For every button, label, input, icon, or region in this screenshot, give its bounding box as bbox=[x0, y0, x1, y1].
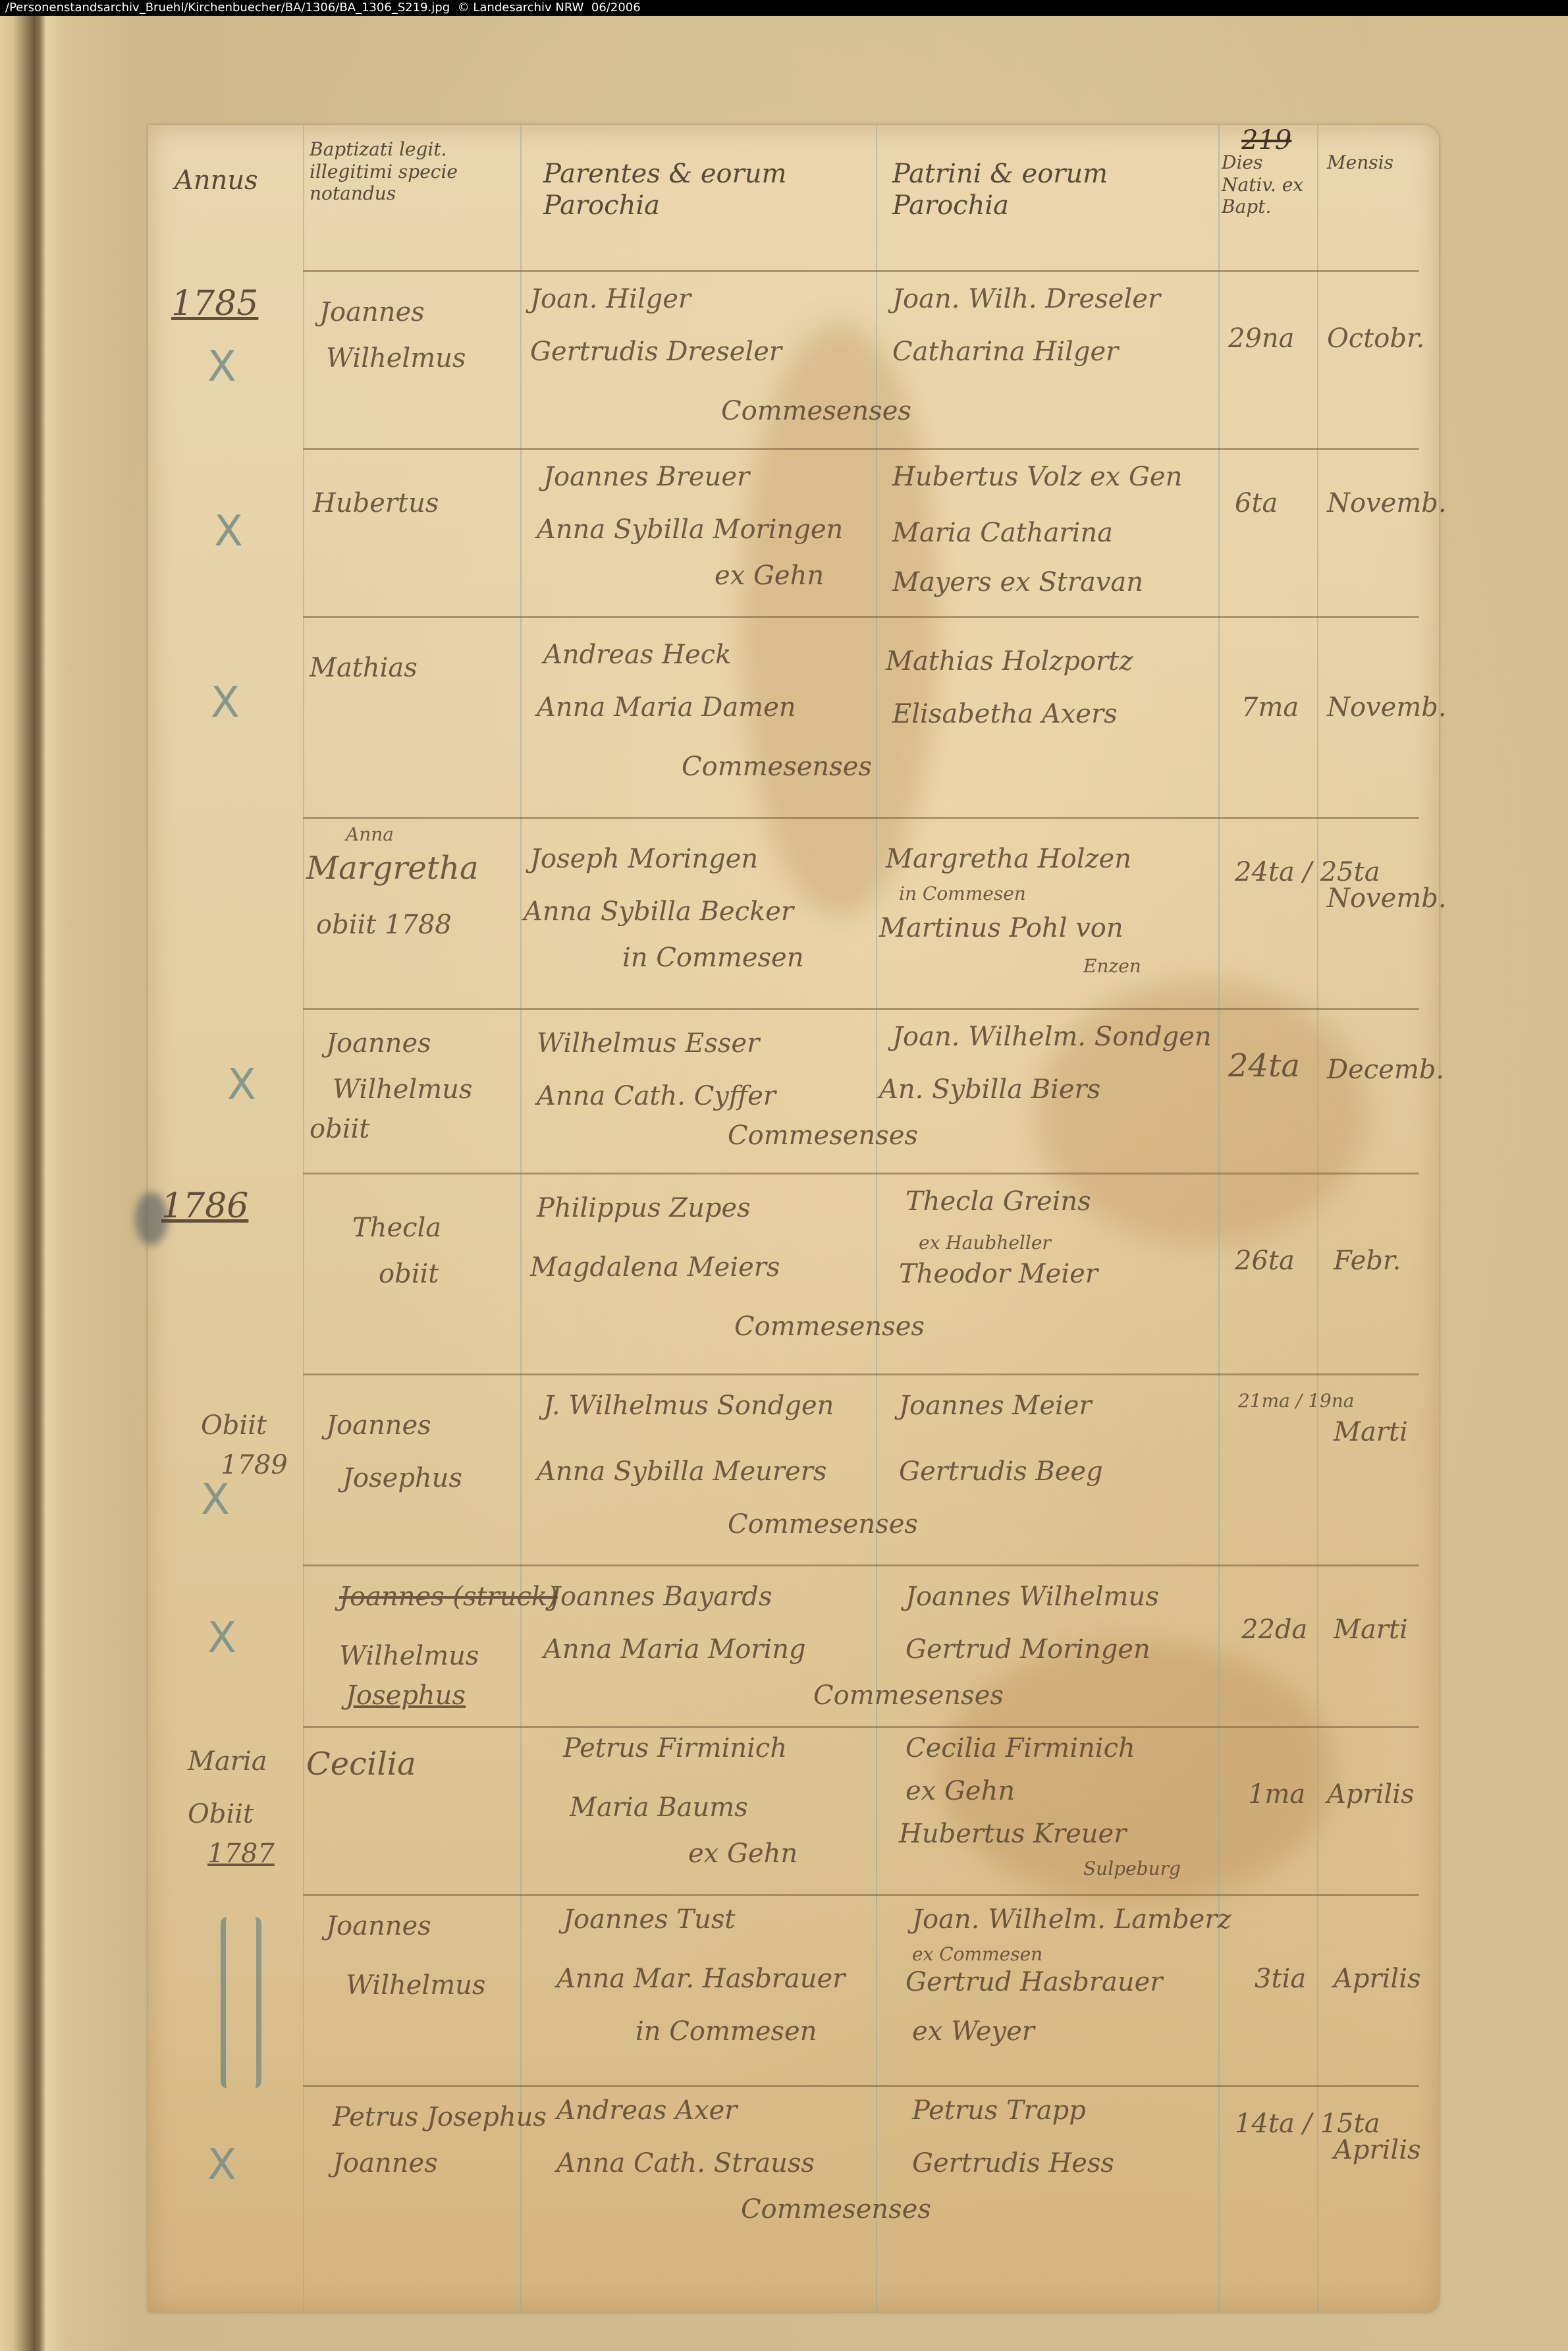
column-header-annus: Annus bbox=[175, 165, 258, 196]
parent-name: Anna Sybilla Becker bbox=[524, 896, 794, 927]
parish-name: in Commesen bbox=[899, 883, 1026, 905]
parent-name: Petrus Firminich bbox=[563, 1732, 787, 1764]
parent-name: Philippus Zupes bbox=[537, 1192, 751, 1224]
column-header-mensis: Mensis bbox=[1327, 152, 1393, 174]
child-name: Joannes bbox=[326, 1028, 431, 1059]
godparent-name: An. Sybilla Biers bbox=[879, 1074, 1100, 1105]
side-note: Maria bbox=[188, 1746, 267, 1777]
row-rule bbox=[303, 1173, 1419, 1175]
parish-name: ex Haubheller bbox=[919, 1232, 1051, 1254]
death-note: Obiit bbox=[188, 1798, 254, 1830]
parent-name: Anna Sybilla Moringen bbox=[537, 514, 843, 545]
row-rule bbox=[303, 817, 1419, 819]
parish-name: ex Weyer bbox=[912, 2016, 1035, 2047]
parish-name: Commesenses bbox=[721, 395, 911, 427]
parish-name: Commesenses bbox=[682, 751, 872, 783]
day-value: 26ta bbox=[1235, 1245, 1295, 1277]
death-year: 1787 bbox=[207, 1838, 275, 1869]
godparent-name: Catharina Hilger bbox=[892, 336, 1118, 368]
parish-name: Commesenses bbox=[813, 1680, 1004, 1711]
day-value: 1ma bbox=[1248, 1779, 1305, 1810]
godparent-name: Joan. Wilh. Dreseler bbox=[892, 283, 1160, 315]
parish-name: in Commesen bbox=[622, 942, 803, 974]
godparent-name: Joan. Wilhelm. Sondgen bbox=[892, 1021, 1212, 1053]
parent-name: Joannes Tust bbox=[563, 1904, 735, 1935]
child-name: Joannes bbox=[333, 2147, 438, 2179]
child-name: Joannes bbox=[319, 296, 425, 328]
column-header-dies: Dies Nativ. ex Bapt. bbox=[1222, 152, 1320, 218]
month-value: Febr. bbox=[1334, 1245, 1401, 1277]
parish-name: Commesenses bbox=[734, 1311, 925, 1342]
death-year: 1789 bbox=[221, 1449, 288, 1481]
parent-name: Joannes Breuer bbox=[543, 461, 749, 493]
day-value: 22da bbox=[1241, 1614, 1307, 1646]
cross-mark: X bbox=[207, 343, 236, 391]
godparent-name: Elisabetha Axers bbox=[892, 698, 1118, 730]
parent-name: Andreas Axer bbox=[556, 2095, 737, 2126]
cross-mark: X bbox=[207, 2141, 236, 2190]
day-value: 21ma / 19na bbox=[1238, 1390, 1354, 1412]
child-name: Petrus Josephus bbox=[333, 2101, 547, 2133]
godparent-name: Martinus Pohl von bbox=[879, 912, 1123, 944]
month-value: Novemb. bbox=[1327, 487, 1447, 519]
parent-name: Maria Baums bbox=[570, 1792, 748, 1823]
godparent-name: Margretha Holzen bbox=[886, 843, 1131, 875]
parish-name: ex Gehn bbox=[688, 1838, 798, 1869]
parent-name: Joannes Bayards bbox=[550, 1581, 772, 1613]
godparent-name: Joannes Wilhelmus bbox=[906, 1581, 1159, 1613]
cross-mark: X bbox=[211, 678, 240, 727]
copyright-notice: © Landesarchiv NRW 06/2006 bbox=[458, 1, 641, 14]
godparent-name: Hubertus Kreuer bbox=[899, 1818, 1126, 1850]
parent-name: Joan. Hilger bbox=[530, 283, 691, 315]
parent-name: Gertrudis Dreseler bbox=[530, 336, 782, 368]
godparent-name: Gertrudis Beeg bbox=[899, 1456, 1103, 1487]
godparent-name: Cecilia Firminich bbox=[906, 1732, 1135, 1764]
month-value: Aprilis bbox=[1327, 1779, 1415, 1810]
day-value: 6ta bbox=[1235, 487, 1278, 519]
godparent-name: Thecla Greins bbox=[906, 1186, 1091, 1217]
godparent-name: Mathias Holzportz bbox=[886, 646, 1133, 677]
row-rule bbox=[303, 2085, 1419, 2087]
cross-mark: X bbox=[207, 1614, 236, 1663]
day-value: 29na bbox=[1228, 323, 1295, 354]
child-name: Thecla bbox=[352, 1212, 441, 1244]
death-note: obiit 1788 bbox=[316, 909, 452, 941]
parish-name: ex Gehn bbox=[715, 560, 824, 592]
month-value: Octobr. bbox=[1327, 323, 1424, 354]
parent-name: Anna Cath. Cyffer bbox=[537, 1080, 776, 1112]
column-header-parentes: Parentes & eorum Parochia bbox=[543, 158, 859, 221]
parish-name: Commesenses bbox=[728, 1508, 918, 1540]
godparent-name: Gertrud Moringen bbox=[906, 1634, 1150, 1665]
pencil-mark bbox=[221, 1917, 261, 2088]
struck-child-name: Joannes (struck) bbox=[339, 1581, 558, 1613]
row-rule bbox=[303, 270, 1419, 272]
row-rule bbox=[303, 1894, 1419, 1896]
column-rule bbox=[303, 125, 304, 2312]
death-note: obiit bbox=[379, 1258, 439, 1290]
month-value: Decemb. bbox=[1327, 1054, 1444, 1086]
month-value: Marti bbox=[1334, 1614, 1408, 1646]
column-rule bbox=[876, 125, 877, 2312]
row-rule bbox=[303, 1726, 1419, 1728]
godparent-name: Mayers ex Stravan bbox=[892, 567, 1143, 598]
godparent-name: Theodor Meier bbox=[899, 1258, 1098, 1290]
parish-name: Sulpeburg bbox=[1083, 1858, 1181, 1880]
godparent-name: Joan. Wilhelm. Lamberz bbox=[912, 1904, 1231, 1935]
month-value: Marti bbox=[1334, 1416, 1408, 1448]
parent-name: Anna Maria Moring bbox=[543, 1634, 806, 1665]
row-rule bbox=[303, 1373, 1419, 1375]
row-rule bbox=[303, 448, 1419, 450]
year-marker: 1785 bbox=[171, 283, 258, 324]
child-name: Josephus bbox=[346, 1680, 466, 1711]
parish-name: ex Commesen bbox=[912, 1943, 1042, 1966]
godparent-name: Hubertus Volz ex Gen bbox=[892, 461, 1182, 493]
godparent-name: Gertrud Hasbrauer bbox=[906, 1966, 1162, 1998]
child-name: Mathias bbox=[310, 652, 418, 684]
child-name: Wilhelmus bbox=[346, 1970, 485, 2001]
parish-name: in Commesen bbox=[635, 2016, 817, 2047]
parish-name: Enzen bbox=[1083, 955, 1141, 978]
death-note: Obiit bbox=[201, 1410, 267, 1441]
cross-mark: X bbox=[214, 507, 243, 556]
year-marker: 1786 bbox=[161, 1186, 248, 1227]
day-value: 3tia bbox=[1255, 1963, 1306, 1995]
column-rule bbox=[1317, 125, 1318, 2312]
file-path: /Personenstandsarchiv_Bruehl/Kirchenbuec… bbox=[5, 1, 450, 14]
cross-mark: X bbox=[227, 1061, 256, 1109]
cross-mark: X bbox=[201, 1476, 230, 1524]
parent-name: Anna Mar. Hasbrauer bbox=[556, 1963, 845, 1995]
godparent-name: Joannes Meier bbox=[899, 1390, 1092, 1422]
godparent-name: Maria Catharina bbox=[892, 517, 1113, 549]
register-page: 219 Annus Baptizati legit. illegitimi sp… bbox=[148, 125, 1439, 2312]
month-value: Aprilis bbox=[1334, 2134, 1421, 2166]
child-name: Joannes bbox=[326, 1410, 431, 1441]
day-value: 7ma bbox=[1241, 692, 1299, 723]
parent-name: Wilhelmus Esser bbox=[537, 1028, 759, 1059]
parent-name: Anna Sybilla Meurers bbox=[537, 1456, 826, 1487]
godparent-name: Gertrudis Hess bbox=[912, 2147, 1114, 2179]
child-name: Margretha bbox=[306, 850, 479, 888]
month-value: Novemb. bbox=[1327, 692, 1447, 723]
godparent-name: Petrus Trapp bbox=[912, 2095, 1086, 2126]
column-header-patrini: Patrini & eorum Parochia bbox=[892, 158, 1208, 221]
month-value: Novemb. bbox=[1327, 883, 1447, 914]
child-name: Joannes bbox=[326, 1910, 431, 1942]
parish-name: ex Gehn bbox=[906, 1775, 1015, 1807]
child-name: Cecilia bbox=[306, 1746, 416, 1784]
parent-name: Anna Cath. Strauss bbox=[556, 2147, 815, 2179]
parent-name: Joseph Moringen bbox=[530, 843, 758, 875]
parent-name: J. Wilhelmus Sondgen bbox=[543, 1390, 834, 1422]
day-value: 24ta bbox=[1228, 1047, 1300, 1086]
child-name: Anna bbox=[346, 823, 394, 846]
child-name: Wilhelmus bbox=[333, 1074, 472, 1105]
column-header-baptizati: Baptizati legit. illegitimi specie notan… bbox=[310, 138, 520, 205]
archive-header-bar: /Personenstandsarchiv_Bruehl/Kirchenbuec… bbox=[0, 0, 1568, 16]
parish-name: Commesenses bbox=[728, 1120, 918, 1151]
row-rule bbox=[303, 1008, 1419, 1010]
row-rule bbox=[303, 616, 1419, 618]
child-name: Josephus bbox=[342, 1462, 462, 1494]
child-name: Hubertus bbox=[313, 487, 439, 519]
row-rule bbox=[303, 1564, 1419, 1566]
child-name: Wilhelmus bbox=[326, 343, 466, 374]
death-note: obiit bbox=[310, 1113, 369, 1145]
parent-name: Andreas Heck bbox=[543, 639, 731, 671]
month-value: Aprilis bbox=[1334, 1963, 1421, 1995]
column-rule bbox=[1218, 125, 1220, 2312]
child-name: Wilhelmus bbox=[339, 1640, 479, 1672]
column-rule bbox=[520, 125, 522, 2312]
parish-name: Commesenses bbox=[741, 2194, 931, 2225]
parent-name: Anna Maria Damen bbox=[537, 692, 796, 723]
parent-name: Magdalena Meiers bbox=[530, 1252, 780, 1283]
